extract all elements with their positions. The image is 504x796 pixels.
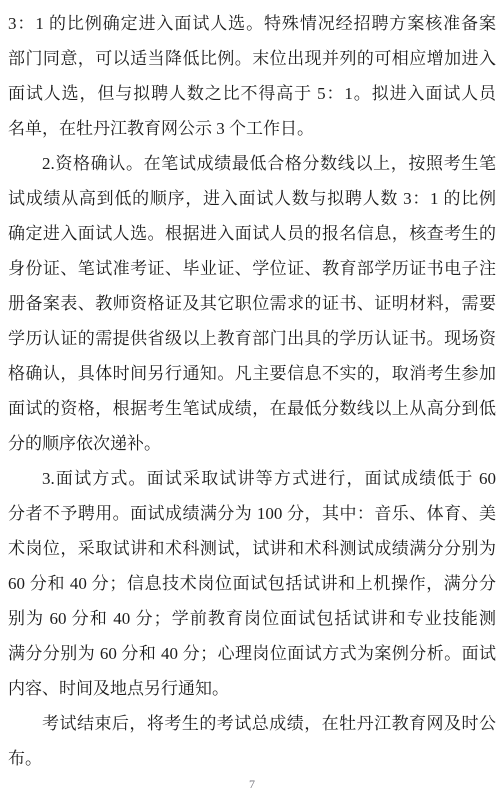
- text-line: 分的顺序依次递补。: [8, 426, 496, 461]
- text-line: 布。: [8, 741, 496, 776]
- text-line: 名单，在牡丹江教育网公示 3 个工作日。: [8, 111, 496, 146]
- document-page: 3：1 的比例确定进入面试人选。特殊情况经招聘方案核准备案部门同意，可以适当降低…: [0, 0, 504, 796]
- text-line: 部门同意，可以适当降低比例。末位出现并列的可相应增加进入: [8, 41, 496, 76]
- text-line: 格确认，具体时间另行通知。凡主要信息不实的，取消考生参加: [8, 356, 496, 391]
- text-line: 册备案表、教师资格证及其它职位需求的证书、证明材料，需要: [8, 286, 496, 321]
- text-line: 试成绩从高到低的顺序，进入面试人数与拟聘人数 3：1 的比例: [8, 181, 496, 216]
- text-line: 术岗位，采取试讲和术科测试，试讲和术科测试成绩满分分别为: [8, 531, 496, 566]
- text-line: 60 分和 40 分；信息技术岗位面试包括试讲和上机操作，满分分: [8, 566, 496, 601]
- text-line: 3：1 的比例确定进入面试人选。特殊情况经招聘方案核准备案: [8, 6, 496, 41]
- text-line: 确定进入面试人选。根据进入面试人员的报名信息，核查考生的: [8, 216, 496, 251]
- text-line: 满分分别为 60 分和 40 分；心理岗位面试方式为案例分析。面试: [8, 636, 496, 671]
- document-body: 3：1 的比例确定进入面试人选。特殊情况经招聘方案核准备案部门同意，可以适当降低…: [8, 6, 496, 776]
- text-line: 别为 60 分和 40 分；学前教育岗位面试包括试讲和专业技能测试，: [8, 601, 496, 636]
- text-line: 学历认证的需提供省级以上教育部门出具的学历认证书。现场资: [8, 321, 496, 356]
- text-line: 2.资格确认。在笔试成绩最低合格分数线以上，按照考生笔: [8, 146, 496, 181]
- text-line: 面试的资格，根据考生笔试成绩，在最低分数线以上从高分到低: [8, 391, 496, 426]
- page-number: 7: [0, 777, 504, 791]
- text-line: 分者不予聘用。面试成绩满分为 100 分，其中：音乐、体育、美: [8, 496, 496, 531]
- text-line: 考试结束后，将考生的考试总成绩，在牡丹江教育网及时公: [8, 706, 496, 741]
- text-line: 身份证、笔试准考证、毕业证、学位证、教育部学历证书电子注: [8, 251, 496, 286]
- text-line: 面试人选，但与拟聘人数之比不得高于 5：1。拟进入面试人员: [8, 76, 496, 111]
- text-line: 内容、时间及地点另行通知。: [8, 671, 496, 706]
- text-line: 3.面试方式。面试采取试讲等方式进行，面试成绩低于 60: [8, 461, 496, 496]
